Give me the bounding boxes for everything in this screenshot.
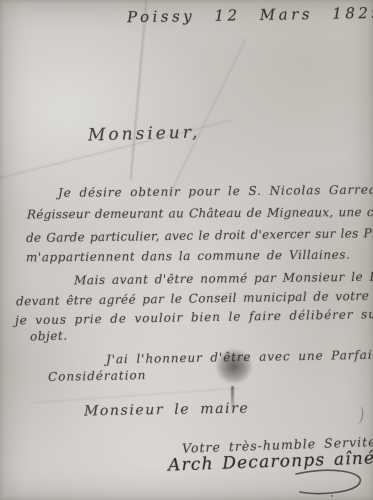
letter-line: objet. [30, 329, 68, 344]
letter-line: de Garde particulier, avec le droit d'ex… [26, 225, 373, 245]
addressee: Monsieur le maire [84, 401, 250, 420]
signature-flourish-icon [292, 468, 366, 498]
paper-crease [130, 0, 148, 180]
letter-line: m'appartiennent dans la commune de Villa… [26, 248, 350, 265]
stray-ink-mark [353, 405, 364, 424]
letter-line: Mais avant d'être nommé par Monsieur le … [74, 269, 373, 288]
letter-page: Poissy 12 Mars 1829 Monsieur, Je désire … [0, 0, 373, 500]
letter-line: Je désire obtenir pour le S. Nicolas Gar… [58, 182, 373, 200]
salutation: Monsieur, [88, 123, 201, 146]
letter-line: je vous prie de vouloir bien le faire dé… [15, 307, 373, 328]
paper-crease [171, 38, 247, 191]
letter-line: devant être agréé par le Conseil municip… [16, 288, 373, 309]
ink-blot [210, 348, 258, 394]
dateline: Poissy 12 Mars 1829 [127, 4, 373, 26]
letter-line: Régisseur demeurant au Château de Mignea… [27, 205, 373, 222]
closing-line: Considération [48, 368, 147, 384]
